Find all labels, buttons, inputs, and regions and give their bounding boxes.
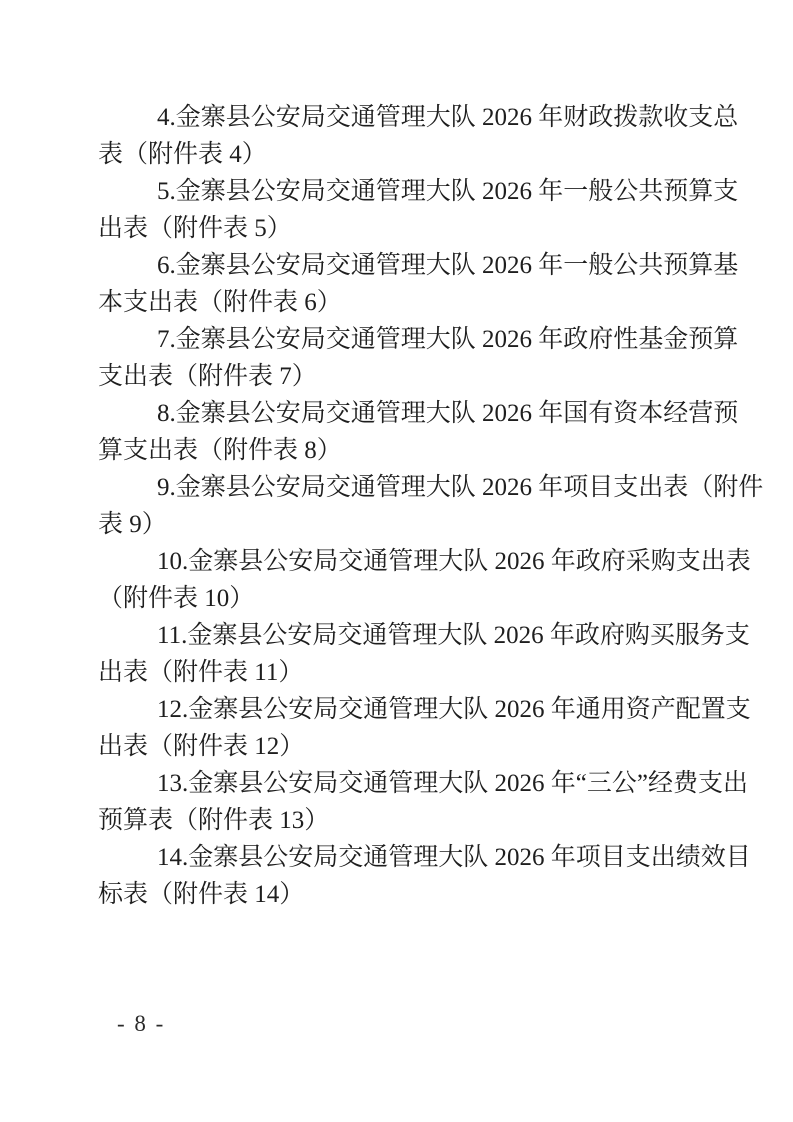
list-item-first-line: 4.金寨县公安局交通管理大队 2026 年财政拨款收支总 — [98, 99, 681, 136]
list-item-wrapped-line: 标表（附件表 14） — [98, 876, 681, 913]
list-item-first-line: 6.金寨县公安局交通管理大队 2026 年一般公共预算基 — [98, 247, 681, 284]
list-item-wrapped-line: 表 9） — [98, 506, 681, 543]
list-item-first-line: 9.金寨县公安局交通管理大队 2026 年项目支出表（附件 — [98, 469, 681, 506]
list-item-wrapped-line: 出表（附件表 5） — [98, 210, 681, 247]
list-item: 6.金寨县公安局交通管理大队 2026 年一般公共预算基 本支出表（附件表 6） — [98, 247, 681, 321]
list-item: 11.金寨县公安局交通管理大队 2026 年政府购买服务支 出表（附件表 11） — [98, 617, 681, 691]
list-item-first-line: 10.金寨县公安局交通管理大队 2026 年政府采购支出表 — [98, 543, 681, 580]
list-item: 8.金寨县公安局交通管理大队 2026 年国有资本经营预 算支出表（附件表 8） — [98, 395, 681, 469]
list-item-wrapped-line: 预算表（附件表 13） — [98, 802, 681, 839]
list-item: 7.金寨县公安局交通管理大队 2026 年政府性基金预算 支出表（附件表 7） — [98, 321, 681, 395]
list-item-first-line: 11.金寨县公安局交通管理大队 2026 年政府购买服务支 — [98, 617, 681, 654]
list-item-first-line: 13.金寨县公安局交通管理大队 2026 年“三公”经费支出 — [98, 765, 681, 802]
list-item-wrapped-line: （附件表 10） — [98, 580, 681, 617]
list-item: 9.金寨县公安局交通管理大队 2026 年项目支出表（附件 表 9） — [98, 469, 681, 543]
list-item-wrapped-line: 本支出表（附件表 6） — [98, 284, 681, 321]
list-item: 10.金寨县公安局交通管理大队 2026 年政府采购支出表 （附件表 10） — [98, 543, 681, 617]
list-item-first-line: 5.金寨县公安局交通管理大队 2026 年一般公共预算支 — [98, 173, 681, 210]
list-item-first-line: 7.金寨县公安局交通管理大队 2026 年政府性基金预算 — [98, 321, 681, 358]
list-item-wrapped-line: 表（附件表 4） — [98, 136, 681, 173]
document-page: 4.金寨县公安局交通管理大队 2026 年财政拨款收支总 表（附件表 4） 5.… — [0, 0, 793, 1122]
list-item: 12.金寨县公安局交通管理大队 2026 年通用资产配置支 出表（附件表 12） — [98, 691, 681, 765]
list-item-wrapped-line: 出表（附件表 11） — [98, 654, 681, 691]
list-item-first-line: 12.金寨县公安局交通管理大队 2026 年通用资产配置支 — [98, 691, 681, 728]
list-item: 4.金寨县公安局交通管理大队 2026 年财政拨款收支总 表（附件表 4） — [98, 99, 681, 173]
list-item-first-line: 14.金寨县公安局交通管理大队 2026 年项目支出绩效目 — [98, 839, 681, 876]
list-item-wrapped-line: 算支出表（附件表 8） — [98, 432, 681, 469]
list-item-wrapped-line: 支出表（附件表 7） — [98, 358, 681, 395]
list-item: 13.金寨县公安局交通管理大队 2026 年“三公”经费支出 预算表（附件表 1… — [98, 765, 681, 839]
list-item-wrapped-line: 出表（附件表 12） — [98, 728, 681, 765]
page-number: - 8 - — [117, 1011, 165, 1037]
attachment-table-list: 4.金寨县公安局交通管理大队 2026 年财政拨款收支总 表（附件表 4） 5.… — [98, 99, 681, 913]
list-item: 14.金寨县公安局交通管理大队 2026 年项目支出绩效目 标表（附件表 14） — [98, 839, 681, 913]
list-item: 5.金寨县公安局交通管理大队 2026 年一般公共预算支 出表（附件表 5） — [98, 173, 681, 247]
list-item-first-line: 8.金寨县公安局交通管理大队 2026 年国有资本经营预 — [98, 395, 681, 432]
